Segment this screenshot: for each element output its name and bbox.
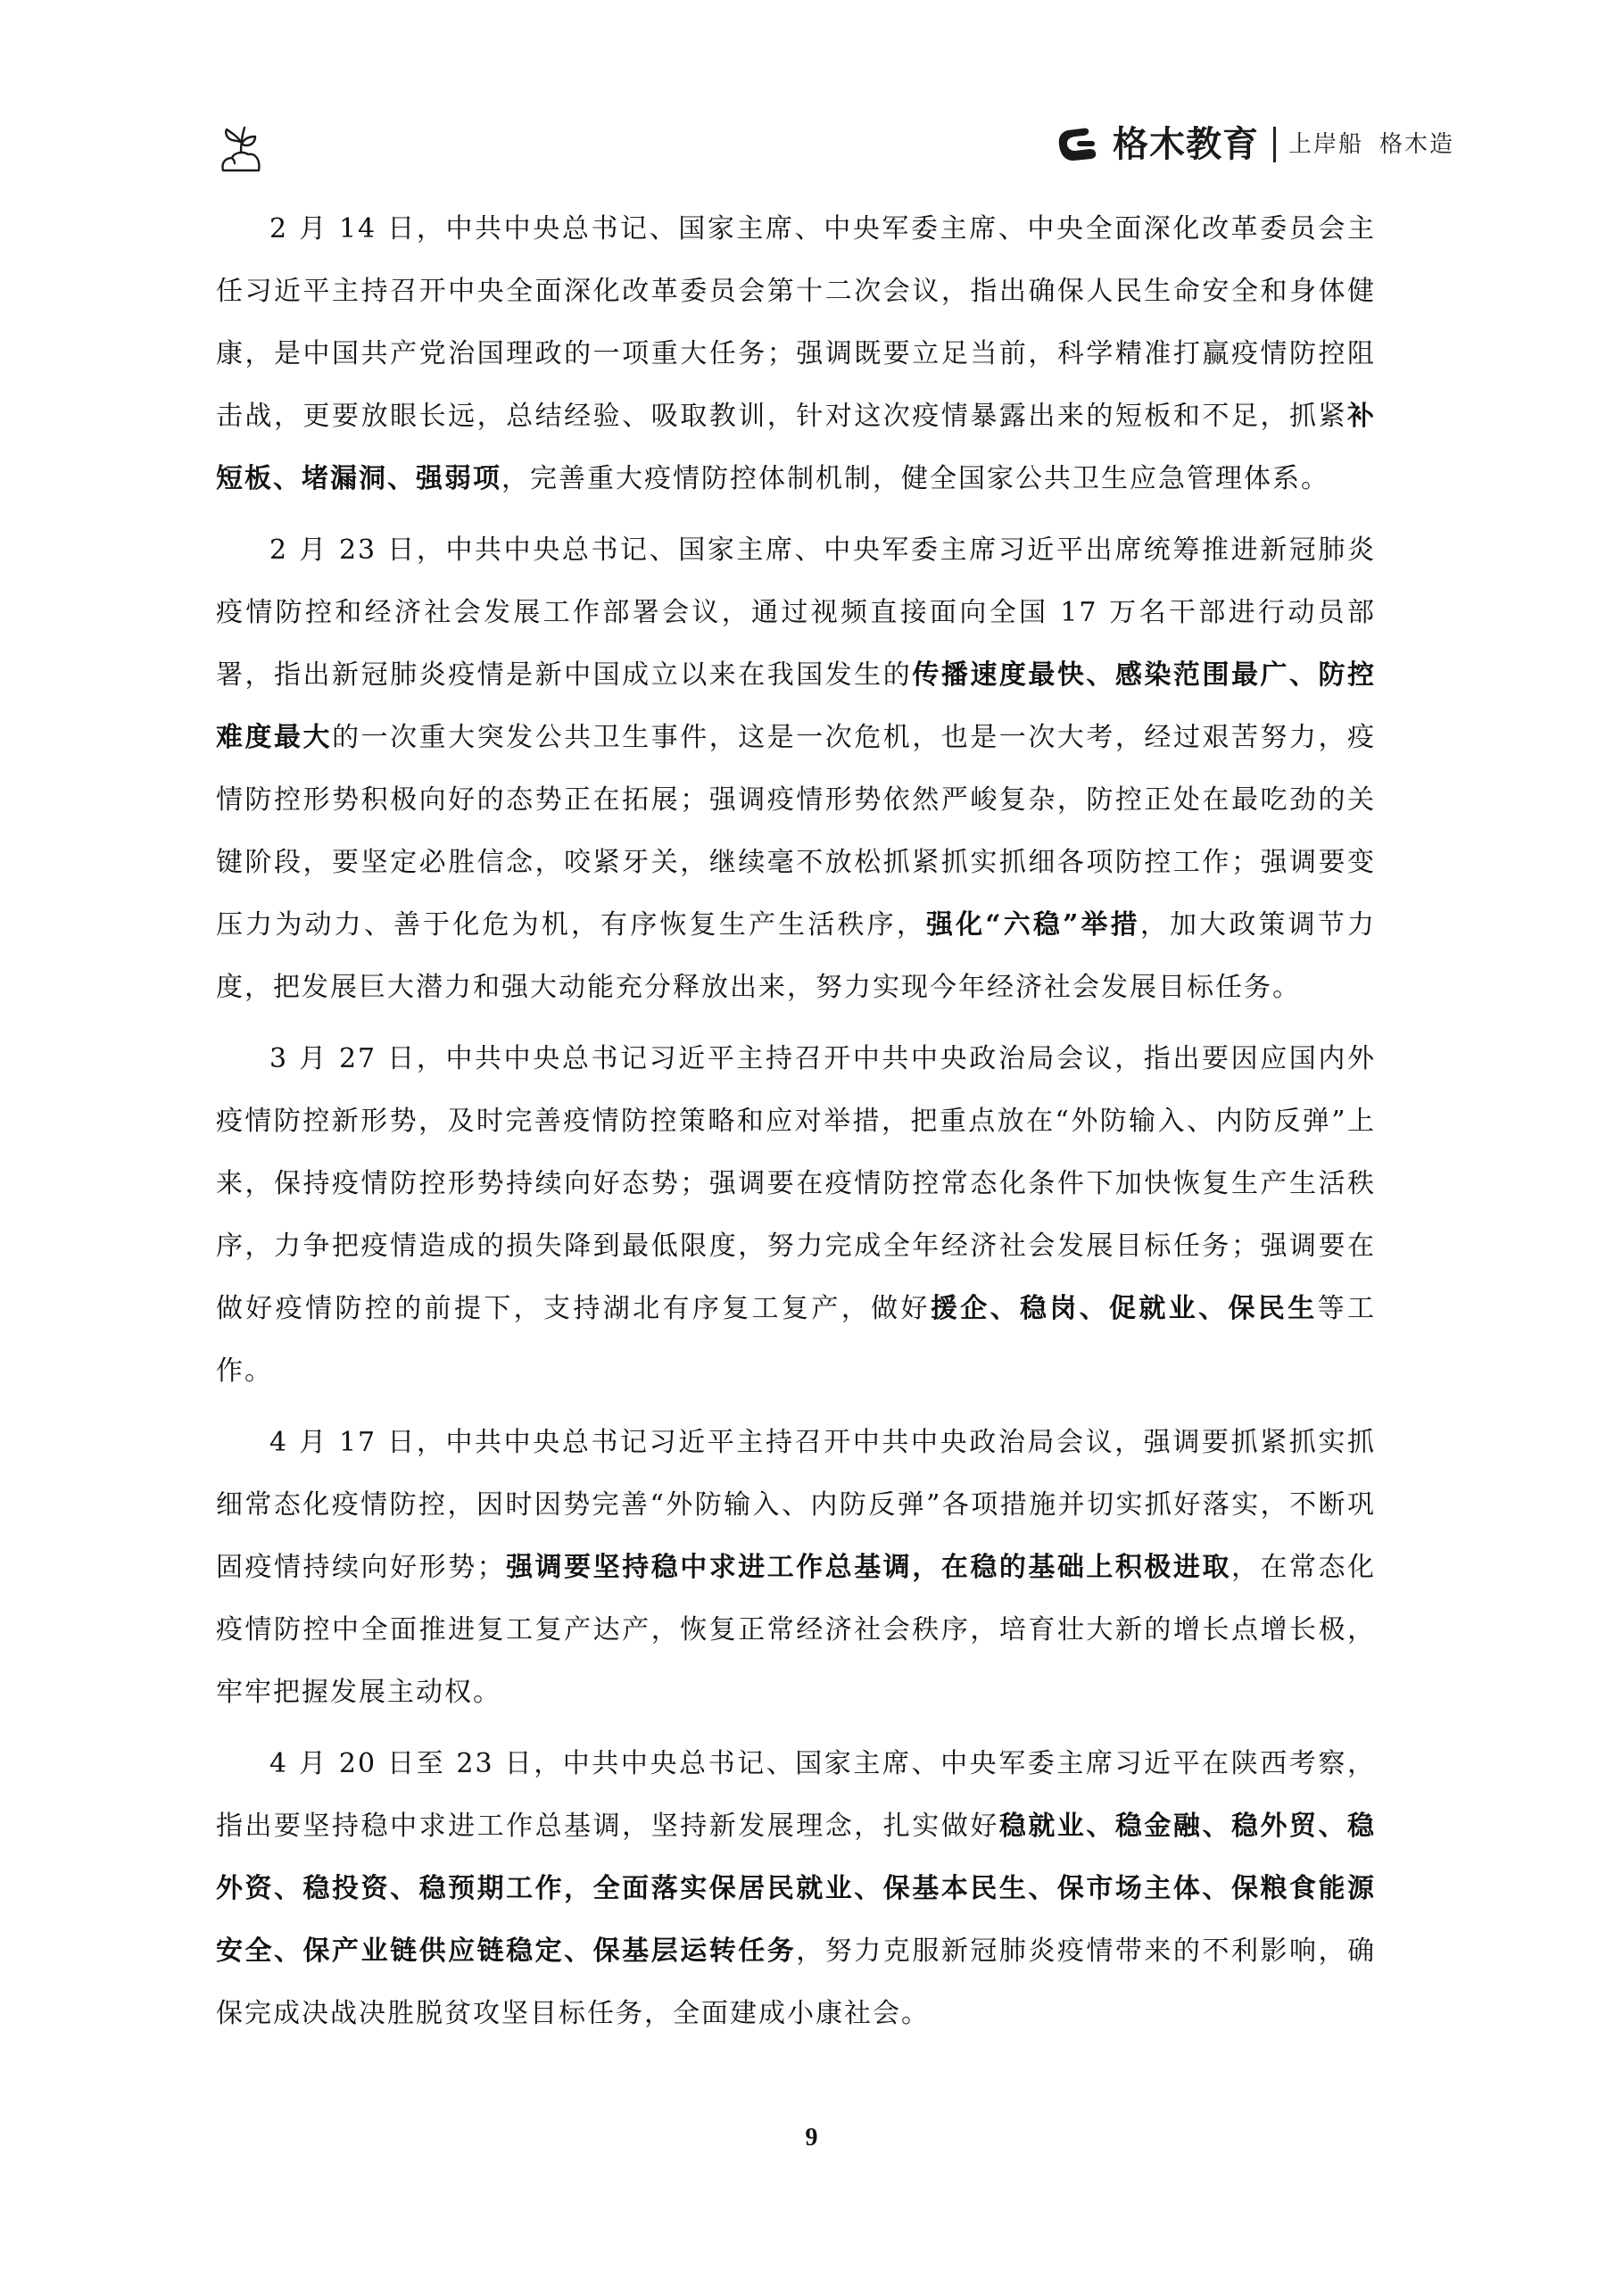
body-text: 2 月 14 日，中共中央总书记、国家主席、中央军委主席、中央全面深化改革委员会…: [216, 213, 1376, 432]
page-header: 格木教育 上岸船格木造: [0, 0, 1623, 205]
brand-header: 格木教育 上岸船格木造: [1056, 121, 1454, 168]
emphasized-text: 强调要坚持稳中求进工作总基调，在稳的基础上积极进取: [506, 1552, 1231, 1583]
body-text: 的一次重大突发公共卫生事件，这是一次危机，也是一次大考，经过艰苦努力，疫情防控形…: [216, 722, 1376, 941]
paragraph: 4 月 17 日，中共中央总书记习近平主持召开中共中央政治局会议，强调要抓紧抓实…: [216, 1412, 1376, 1724]
paragraph: 2 月 23 日，中共中央总书记、国家主席、中央军委主席习近平出席统筹推进新冠肺…: [216, 519, 1376, 1019]
paragraph: 3 月 27 日，中共中央总书记习近平主持召开中共中央政治局会议，指出要因应国内…: [216, 1028, 1376, 1403]
brand-divider: [1273, 127, 1276, 162]
brand-name: 格木教育: [1113, 121, 1259, 168]
paragraph: 2 月 14 日，中共中央总书记、国家主席、中央军委主席、中央全面深化改革委员会…: [216, 198, 1376, 510]
body-text: 3 月 27 日，中共中央总书记习近平主持召开中共中央政治局会议，指出要因应国内…: [216, 1043, 1376, 1324]
tagline-part-1: 上岸船: [1288, 131, 1363, 158]
tagline-part-2: 格木造: [1379, 131, 1454, 158]
gemu-logo-icon: [1056, 125, 1100, 164]
body-text: ，完善重大疫情防控体制机制，健全国家公共卫生应急管理体系。: [501, 463, 1329, 494]
sprout-icon: [219, 120, 262, 172]
emphasized-text: 强化“六稳”举措: [926, 909, 1140, 941]
emphasized-text: 援企、稳岗、促就业、保民生: [931, 1293, 1318, 1324]
page-number: 9: [0, 2124, 1623, 2152]
document-body: 2 月 14 日，中共中央总书记、国家主席、中央军委主席、中央全面深化改革委员会…: [216, 198, 1376, 2054]
paragraph: 4 月 20 日至 23 日，中共中央总书记、国家主席、中央军委主席习近平在陕西…: [216, 1733, 1376, 2045]
brand-tagline: 上岸船格木造: [1288, 121, 1454, 168]
